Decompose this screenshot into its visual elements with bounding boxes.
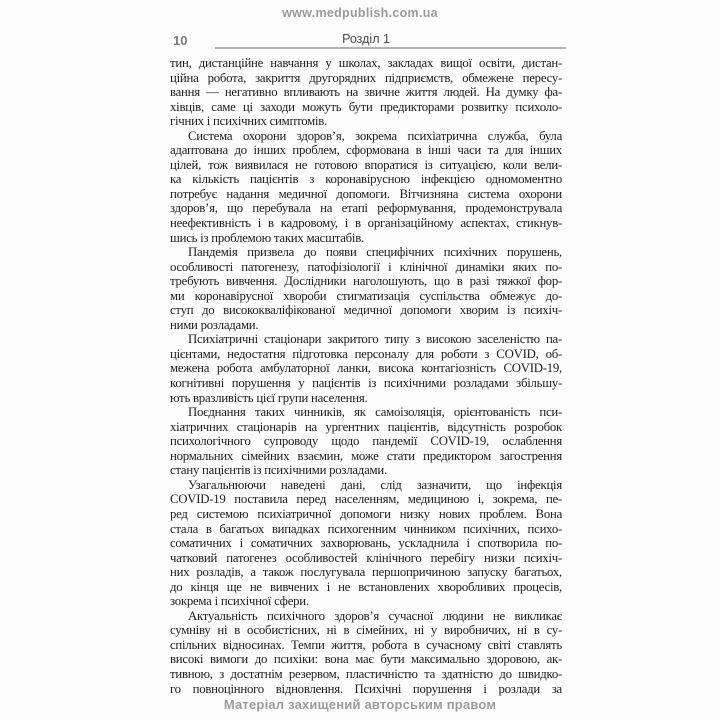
text-line: хіатричних стаціонарів на ургентних паці…	[170, 420, 562, 435]
chapter-header: Розділ 1	[170, 32, 562, 48]
copyright-notice: Матеріал захищений авторським правом	[0, 697, 720, 712]
text-line: Пандемія призвела до появи специфічних п…	[170, 245, 562, 260]
text-line: хівців, саме ці заходи можуть бути преди…	[170, 100, 562, 115]
text-line: Узагальнюючи наведені дані, слід зазначи…	[170, 478, 562, 493]
text-line: потребує надання медичної допомоги. Вітч…	[170, 187, 562, 202]
text-line: Поєднання таких чинників, як самоізоляці…	[170, 405, 562, 420]
text-line: го повноцінного відновлення. Психічні по…	[170, 682, 562, 697]
book-page: www.medpublish.com.ua 10 Розділ 1 тин, д…	[0, 0, 720, 720]
text-line: цілей, тож виявилася не готовою впоратис…	[170, 158, 562, 173]
text-line: них розладів, а також послугувала першоп…	[170, 565, 562, 580]
text-line: психологічного супроводу щодо пандемії C…	[170, 434, 562, 449]
text-line: шись із проблемою таких масштабів.	[170, 231, 562, 246]
text-line: Актуальність психічного здоров’я сучасно…	[170, 609, 562, 624]
text-line: ми коронавірусної хвороби стигматизація …	[170, 289, 562, 304]
text-line: особливості патогенезу, патофізіології і…	[170, 260, 562, 275]
text-line: когнітивні порушення у пацієнтів із псих…	[170, 376, 562, 391]
text-line: ка кількість пацієнтів з коронавірусною …	[170, 172, 562, 187]
text-line: ними розладами.	[170, 318, 562, 333]
text-line: чатковий патогенез особливостей клінічно…	[170, 551, 562, 566]
text-line: нормальних сімейних взаємин, може стати …	[170, 449, 562, 464]
text-line: ред системою психіатричної допомоги низк…	[170, 507, 562, 522]
text-line: стала в багатьох випадках психогенним чи…	[170, 522, 562, 537]
text-line: здоров’я, що перебувала на етапі реформу…	[170, 201, 562, 216]
text-line: до кінця ще не вивчених і не встановлени…	[170, 580, 562, 595]
chapter-title-label: Розділ 1	[337, 32, 395, 48]
text-line: гічних і психічних симптомів.	[170, 114, 562, 129]
text-line: тивною, з достатнім резервом, пластичніс…	[170, 667, 562, 682]
text-line: адаптована до інших проблем, сформована …	[170, 143, 562, 158]
text-line: ступ до висококваліфікованої медичної до…	[170, 303, 562, 318]
text-line: високі вимоги до психіки: вона має бути …	[170, 652, 562, 667]
text-line: зокрема і психічної сфери.	[170, 594, 562, 609]
text-line: соматичних і соматичних захворювань, уск…	[170, 536, 562, 551]
page-body-text: тин, дистанційне навчання у школах, закл…	[170, 56, 562, 696]
text-line: спільних відносинах. Темпи життя, робота…	[170, 638, 562, 653]
text-line: требують вивчення. Дослідники наголошуют…	[170, 274, 562, 289]
text-line: ційна робота, закриття другорядних підпр…	[170, 71, 562, 86]
text-line: Система охорони здоров’я, зокрема психіа…	[170, 129, 562, 144]
text-line: Психіатричні стаціонари закритого типу з…	[170, 332, 562, 347]
text-line: межена робота амбулаторної ланки, висока…	[170, 361, 562, 376]
text-line: стану пацієнтів із психічними розладами.	[170, 463, 562, 478]
publisher-url: www.medpublish.com.ua	[0, 6, 720, 20]
text-line: сумніву ні в особистісних, ні в сімейних…	[170, 623, 562, 638]
text-line: неефективність і в кадровому, і в органі…	[170, 216, 562, 231]
text-line: тин, дистанційне навчання у школах, закл…	[170, 56, 562, 71]
text-line: цієнтами, недостатня підготовка персонал…	[170, 347, 562, 362]
text-line: COVID-19 поставила перед населенням, мед…	[170, 492, 562, 507]
header-rule	[215, 47, 566, 49]
text-line: вання — негативно впливають на звичне жи…	[170, 85, 562, 100]
text-line: ють вразливість цієї групи населення.	[170, 391, 562, 406]
